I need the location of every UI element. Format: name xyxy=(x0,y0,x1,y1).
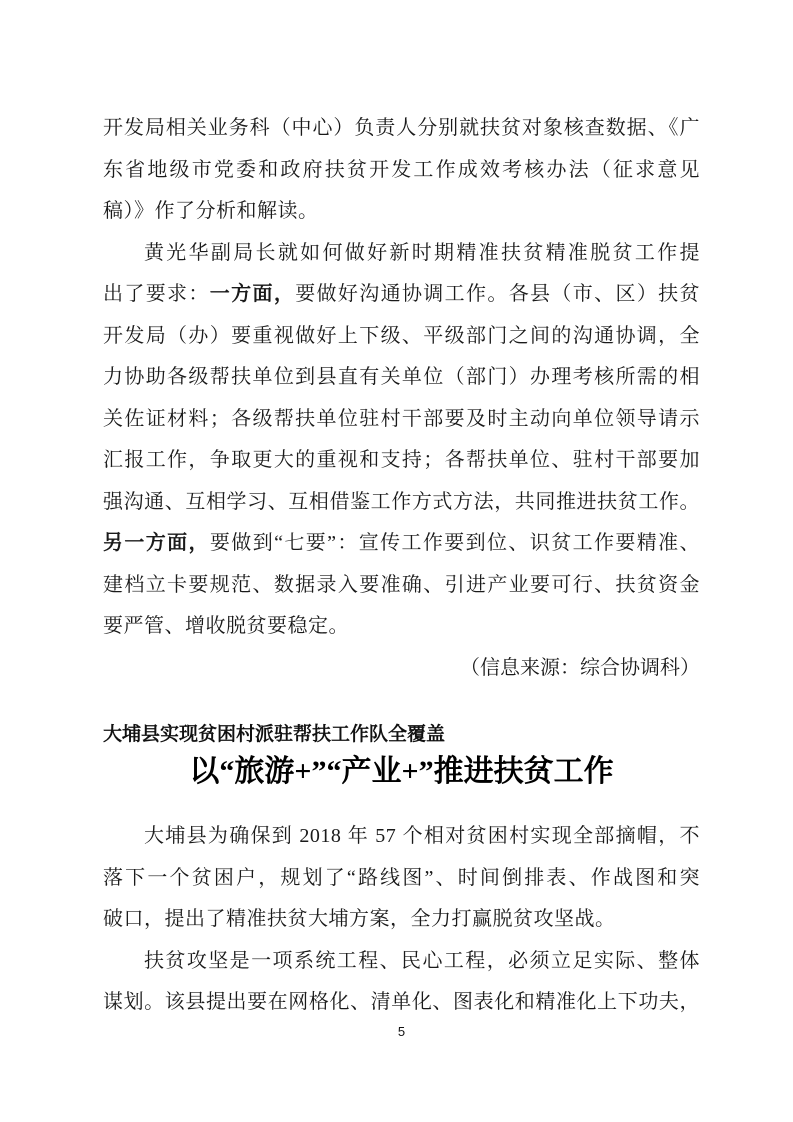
article-2: 大埔县实现贫困村派驻帮扶工作队全覆盖 以“旅游+”“产业+”推进扶贫工作 大埔县… xyxy=(103,720,700,1024)
body-line: 开发局相关业务科（中心）负责人分别就扶贫对象核查数据、《广 xyxy=(103,108,700,150)
body-line: 谋划。该县提出要在网格化、清单化、图表化和精准化上下功夫， xyxy=(103,982,700,1024)
page-content: 开发局相关业务科（中心）负责人分别就扶贫对象核查数据、《广 东省地级市党委和政府… xyxy=(0,0,793,1040)
body-line: 强沟通、互相学习、互相借鉴工作方式方法，共同推进扶贫工作。 xyxy=(103,482,700,524)
body-line: 大埔县为确保到 2018 年 57 个相对贫困村实现全部摘帽，不 xyxy=(103,816,700,858)
source-attribution: （信息来源：综合协调科） xyxy=(103,648,700,690)
body-line: 要严管、增收脱贫要稳定。 xyxy=(103,606,700,648)
body-text-run: 出了要求： xyxy=(103,283,210,305)
body-line: 建档立卡要规范、数据录入要准确、引进产业要可行、扶贫资金 xyxy=(103,565,700,607)
body-line: 破口，提出了精准扶贫大埔方案，全力打赢脱贫攻坚战。 xyxy=(103,899,700,941)
body-line: 出了要求：一方面，要做好沟通协调工作。各县（市、区）扶贫 xyxy=(103,274,700,316)
article-title: 以“旅游+”“产业+”推进扶贫工作 xyxy=(103,750,700,794)
body-line: 扶贫攻坚是一项系统工程、民心工程，必须立足实际、整体 xyxy=(103,941,700,983)
body-line: 另一方面，要做到“七要”：宣传工作要到位、识贫工作要精准、 xyxy=(103,523,700,565)
body-line: 落下一个贫困户，规划了“路线图”、时间倒排表、作战图和突 xyxy=(103,858,700,900)
body-text-run-bold: 另一方面， xyxy=(103,532,210,554)
body-text-run-bold: 一方面， xyxy=(210,283,295,305)
body-line: 汇报工作，争取更大的重视和支持；各帮扶单位、驻村干部要加 xyxy=(103,440,700,482)
document-page: 开发局相关业务科（中心）负责人分别就扶贫对象核查数据、《广 东省地级市党委和政府… xyxy=(0,0,793,1122)
page-number: 5 xyxy=(103,1024,700,1040)
article-2-paragraph-2: 扶贫攻坚是一项系统工程、民心工程，必须立足实际、整体 谋划。该县提出要在网格化、… xyxy=(103,941,700,1024)
body-line: 开发局（办）要重视做好上下级、平级部门之间的沟通协调，全 xyxy=(103,316,700,358)
body-line: 黄光华副局长就如何做好新时期精准扶贫精准脱贫工作提 xyxy=(103,233,700,275)
article-2-body: 大埔县为确保到 2018 年 57 个相对贫困村实现全部摘帽，不 落下一个贫困户… xyxy=(103,816,700,1024)
body-line: 东省地级市党委和政府扶贫开发工作成效考核办法（征求意见 xyxy=(103,150,700,192)
body-line: 稿）》作了分析和解读。 xyxy=(103,191,700,233)
article-1-paragraph-1: 开发局相关业务科（中心）负责人分别就扶贫对象核查数据、《广 东省地级市党委和政府… xyxy=(103,108,700,233)
body-text-run: 要做到“七要”：宣传工作要到位、识贫工作要精准、 xyxy=(210,532,700,554)
article-1-paragraph-2: 黄光华副局长就如何做好新时期精准扶贫精准脱贫工作提 出了要求：一方面，要做好沟通… xyxy=(103,233,700,648)
article-2-paragraph-1: 大埔县为确保到 2018 年 57 个相对贫困村实现全部摘帽，不 落下一个贫困户… xyxy=(103,816,700,941)
article-1: 开发局相关业务科（中心）负责人分别就扶贫对象核查数据、《广 东省地级市党委和政府… xyxy=(103,108,700,689)
body-line: 力协助各级帮扶单位到县直有关单位（部门）办理考核所需的相 xyxy=(103,357,700,399)
article-kicker: 大埔县实现贫困村派驻帮扶工作队全覆盖 xyxy=(103,720,700,750)
body-line: 关佐证材料；各级帮扶单位驻村干部要及时主动向单位领导请示 xyxy=(103,399,700,441)
body-text-run: 要做好沟通协调工作。各县（市、区）扶贫 xyxy=(295,283,700,305)
